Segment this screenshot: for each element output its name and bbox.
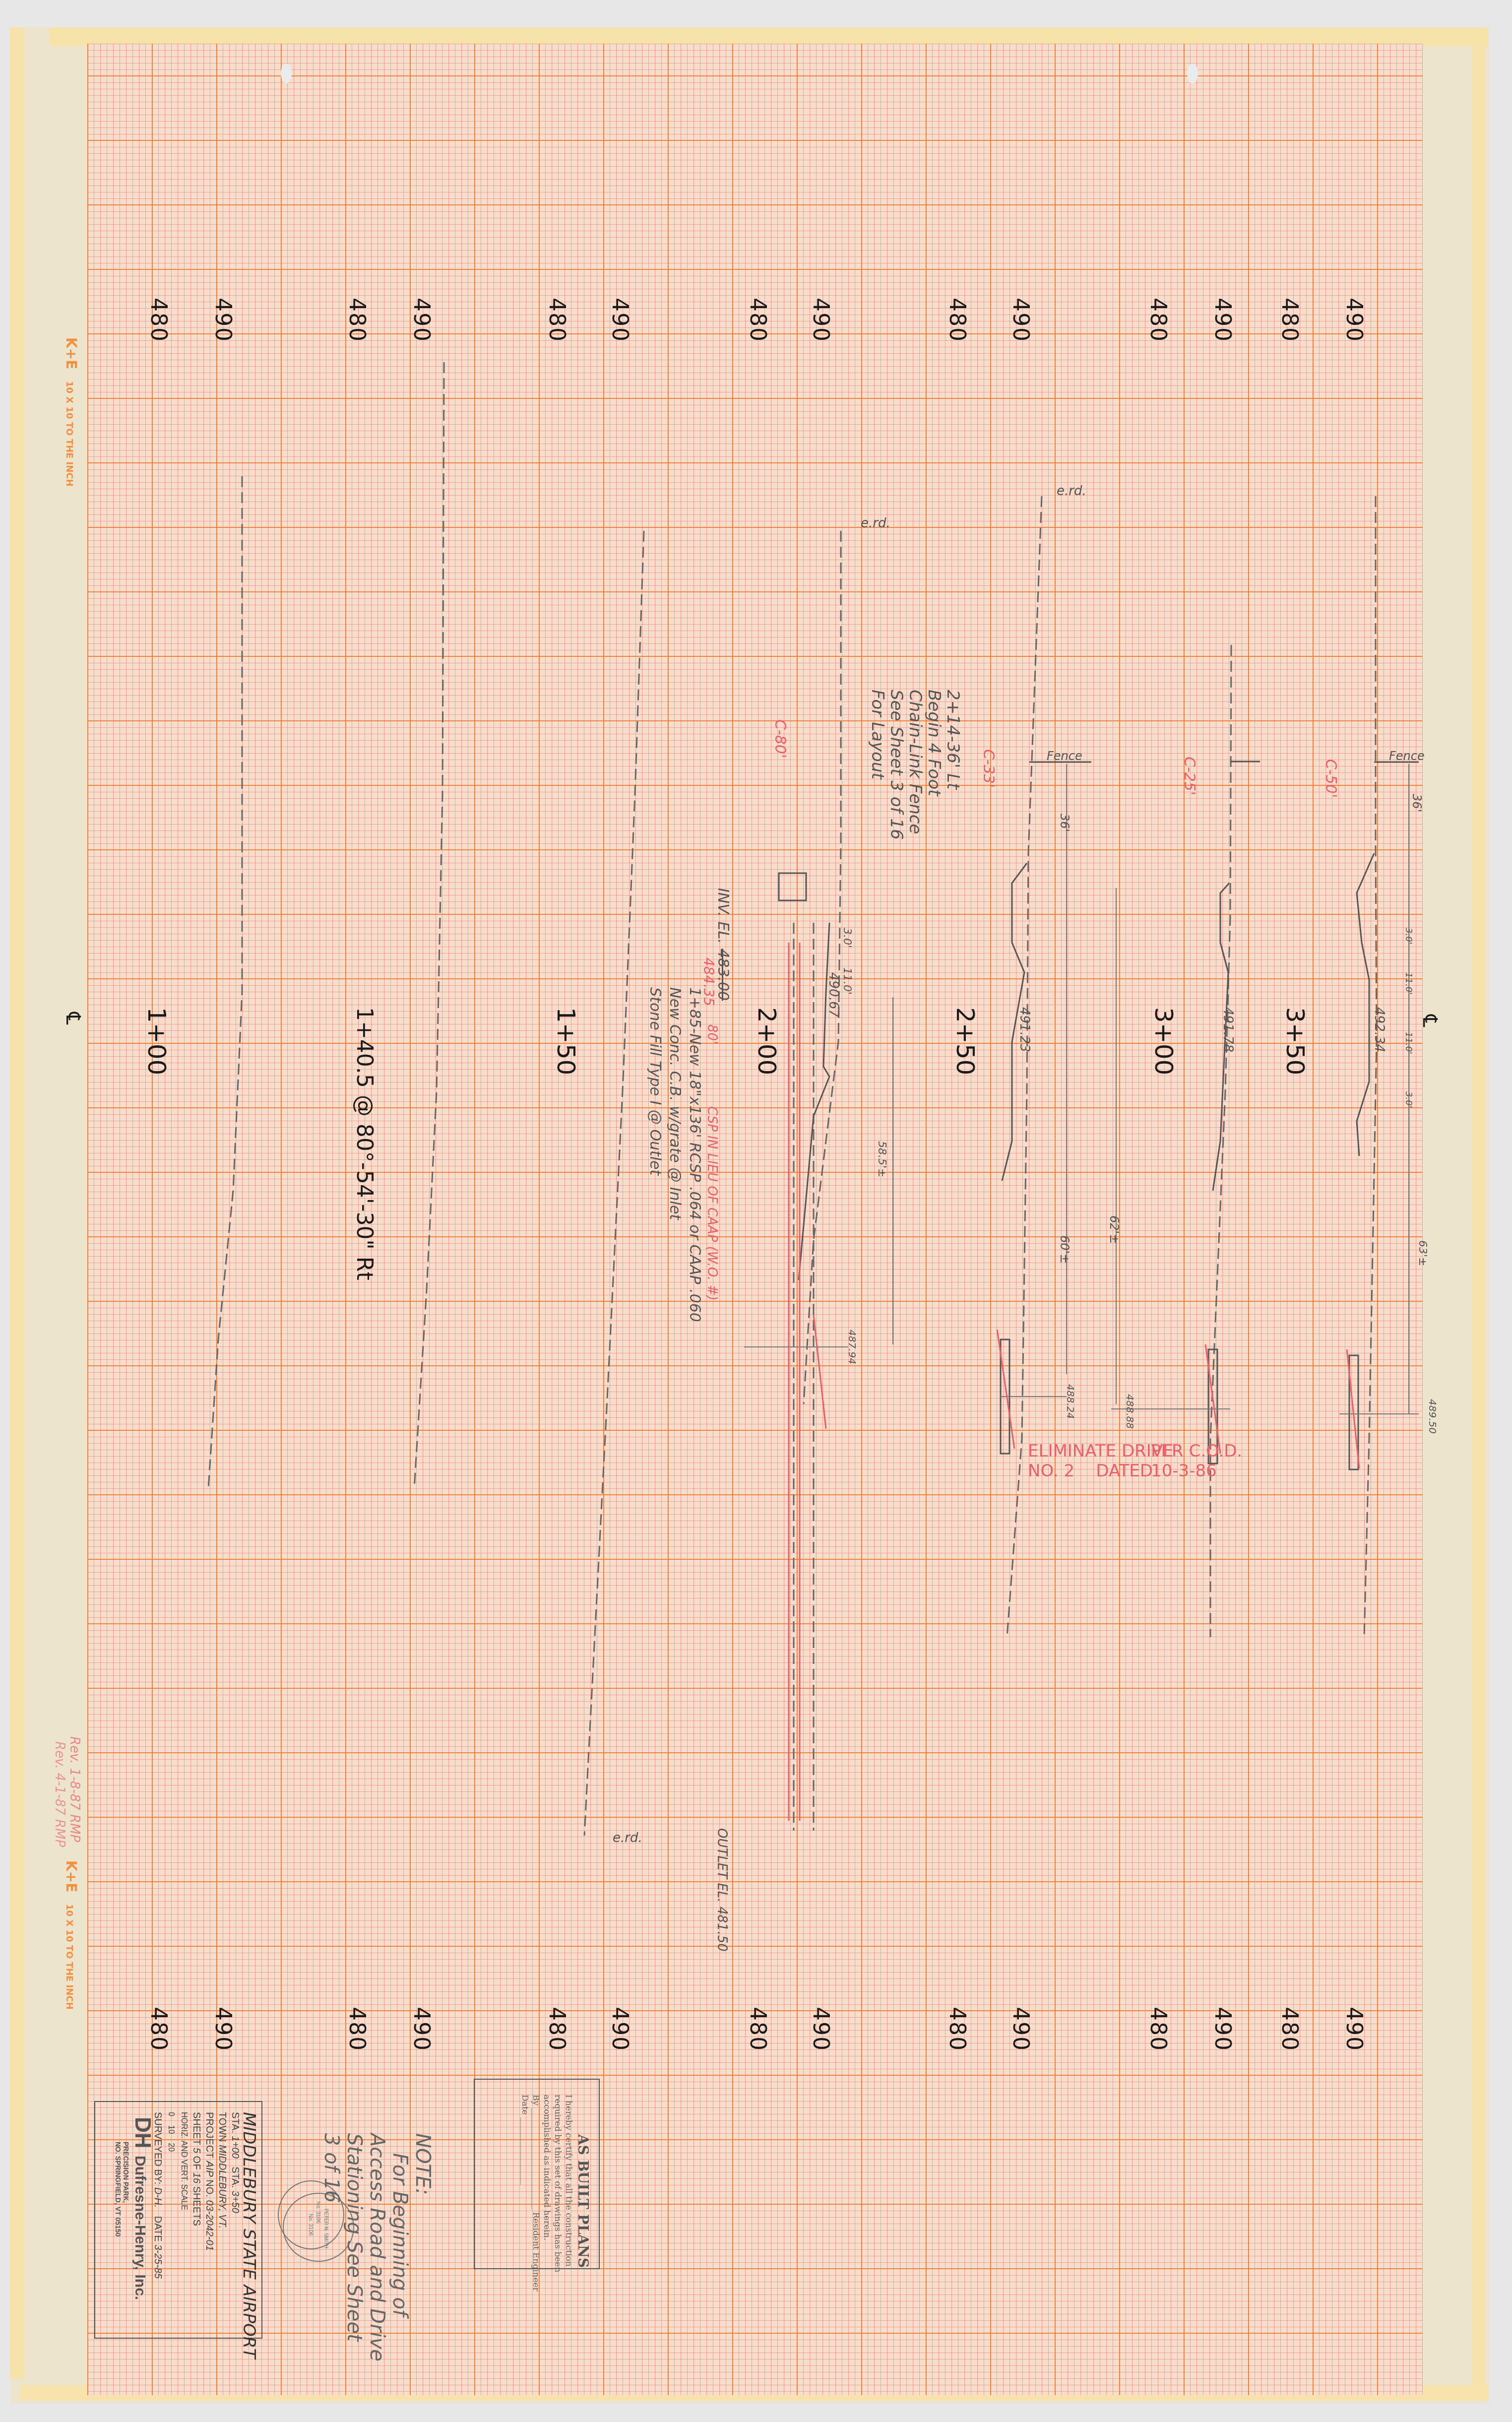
dim-3-00-right: 62'± — [1107, 1215, 1121, 1244]
cut-label-3-50: C-50' — [1322, 759, 1339, 798]
grade-elev-2-50: 491.23 — [1017, 1007, 1032, 1052]
station-label: 1+00 — [142, 1007, 171, 1075]
axis-label-top: 490 — [1008, 298, 1033, 342]
grade-elev-3-00: 491.78 — [1220, 1007, 1235, 1052]
dim-2-00-a: 3.0' — [841, 928, 853, 948]
centerline-symbol-right: ℄ — [1418, 1015, 1441, 1027]
sta-to: 3+50 — [230, 2191, 241, 2213]
inv-el-label: INV. EL. 483.00 — [714, 888, 732, 1001]
tape-right — [1472, 45, 1485, 2396]
offset-elev-2-00: 487.94 — [846, 1330, 858, 1364]
ke-logo: K+E — [63, 1860, 79, 1892]
title-block: MIDDLEBURY STATE AIRPORT STA. 1+00 STA. … — [94, 2101, 262, 2339]
dim-2-50-left: 36' — [1058, 814, 1071, 832]
sheet-total: 16 — [191, 2172, 202, 2183]
axis-label-top: 480 — [1277, 298, 1302, 342]
offset-elev-3-00: 488.88 — [1124, 1394, 1136, 1429]
as-built-title: AS BUILT PLANS — [575, 2134, 591, 2268]
eliminate-drive-date: PER C.O.D. 10-3-86 — [1151, 1441, 1242, 1481]
dim-3-50-left: 36' — [1410, 794, 1424, 812]
axis-label-top: 490 — [808, 298, 833, 342]
project: AIP — [204, 2161, 215, 2177]
axis-label-top: 480 — [745, 298, 770, 342]
ke-logo: K+E — [63, 337, 79, 369]
axis-label-top: 490 — [1210, 298, 1235, 342]
axis-label-bottom: 490 — [607, 2007, 632, 2051]
title-block-fields: STA. 1+00 STA. 3+50 TOWN MIDDLEBURY, VT.… — [151, 2112, 242, 2279]
grade-elev-3-50: 492.34 — [1372, 1007, 1386, 1052]
dim-3-50-c: 11.0' — [1403, 1032, 1414, 1054]
erd-label: e.rd. — [861, 516, 890, 531]
dim-2-50-right: 60'± — [1058, 1235, 1071, 1264]
outlet-el-label: OUTLET EL. 481.50 — [714, 1828, 729, 1952]
tape-left — [10, 27, 25, 2379]
project-no: 03-2042-01 — [204, 2200, 215, 2250]
revision-note-1: Rev. 1-8-87 RMP — [67, 1736, 82, 1842]
axis-label-bottom: 480 — [745, 2007, 770, 2051]
axis-label-top: 480 — [344, 298, 370, 342]
axis-label-top: 490 — [1341, 298, 1367, 342]
dim-2-00-c: 58.5'± — [876, 1141, 888, 1177]
access-road-note: NOTE: For Beginning of Access Road and D… — [320, 2133, 434, 2361]
station-label: 3+00 — [1149, 1007, 1178, 1075]
punch-hole-right — [1187, 64, 1198, 83]
station-label: 2+50 — [951, 1007, 980, 1075]
paper-brand-bottom: K+E 10 X 10 TO THE INCH — [63, 1860, 79, 2010]
firm-block: DH Dufresne-Henry, Inc. — [130, 2117, 155, 2300]
axis-label-bottom: 480 — [146, 2007, 171, 2051]
station-label: 2+00 — [753, 1007, 781, 1075]
offset-elev-2-50: 488.24 — [1065, 1384, 1076, 1419]
dim-2-00-b: 11.0' — [841, 967, 853, 995]
axis-label-bottom: 480 — [1145, 2007, 1171, 2051]
erd-label: e.rd. — [613, 1831, 642, 1846]
axis-label-bottom: 480 — [945, 2007, 970, 2051]
grade-elev-2-00: 490.67 — [826, 972, 841, 1018]
offset-elev-3-50: 489.50 — [1427, 1399, 1439, 1434]
axis-label-bottom: 490 — [808, 2007, 833, 2051]
axis-label-top: 480 — [945, 298, 970, 342]
dim-3-50-right: 63'± — [1416, 1240, 1429, 1266]
axis-label-top: 490 — [210, 298, 236, 342]
cut-label-3-00: C-25' — [1181, 757, 1198, 795]
axis-label-bottom: 490 — [1210, 2007, 1235, 2051]
axis-label-top: 480 — [146, 298, 171, 342]
sheet-no: 5 — [191, 2148, 202, 2153]
station-label-pc: 1+40.5 @ 80°-54'-30" Rt — [352, 1007, 377, 1280]
axis-label-bottom: 480 — [344, 2007, 370, 2051]
as-built-text: I hereby certify that all the constructi… — [519, 2095, 574, 2292]
revision-note-2: Rev. 4-1-87 RMP — [52, 1741, 67, 1847]
axis-label-bottom: 490 — [1341, 2007, 1367, 2051]
dim-3-50-b: 11.0' — [1403, 972, 1414, 995]
axis-label-top: 490 — [607, 298, 632, 342]
station-label: 3+50 — [1281, 1007, 1310, 1075]
erd-label: e.rd. — [1057, 484, 1086, 499]
pipe-note: 1+85-New 18"x136' RCSP .064 or CAAP .060… — [645, 987, 704, 1322]
station-label: 1+50 — [552, 1007, 580, 1075]
axis-label-top: 480 — [1145, 298, 1171, 342]
as-built-stamp: AS BUILT PLANS I hereby certify that all… — [474, 2079, 600, 2269]
punch-hole-left — [281, 64, 292, 83]
dim-3-50-d: 3.0' — [1403, 1091, 1414, 1108]
firm-logo: DH — [130, 2117, 155, 2149]
axis-label-bottom: 480 — [1277, 2007, 1302, 2051]
firm-address: PRECISION PARK, NO. SPRINGFIELD, VT 0515… — [114, 2142, 130, 2236]
fence-label-2-50: Fence — [1047, 749, 1082, 763]
fence-begin-note: 2+14-36' Lt Begin 4 Foot Chain-Link Fenc… — [868, 690, 962, 840]
cut-label-2-50: C-33' — [980, 749, 997, 788]
sta-from: 1+00 — [230, 2136, 241, 2159]
axis-label-bottom: 490 — [409, 2007, 434, 2051]
pipe-red-length: 80' — [704, 1024, 719, 1044]
axis-label-bottom: 490 — [210, 2007, 236, 2051]
axis-label-bottom: 490 — [1008, 2007, 1033, 2051]
dim-3-50-a: 3.0' — [1403, 928, 1414, 945]
town: MIDDLEBURY, VT. — [217, 2145, 228, 2229]
cut-label-2-00: C-80' — [771, 719, 789, 758]
centerline-symbol-left: ℄ — [62, 1012, 84, 1025]
axis-label-top: 480 — [544, 298, 569, 342]
fence-label-3-50: Fence — [1389, 749, 1425, 763]
firm-name: Dufresne-Henry, Inc. — [132, 2156, 148, 2300]
pipe-red-note: CSP IN LIEU OF CAAP (W.O. #) — [704, 1106, 719, 1301]
axis-label-top: 490 — [409, 298, 434, 342]
axis-label-bottom: 480 — [544, 2007, 569, 2051]
project-title: MIDDLEBURY STATE AIRPORT — [239, 2112, 259, 2358]
paper-brand-top: K+E 10 X 10 TO THE INCH — [63, 337, 79, 487]
